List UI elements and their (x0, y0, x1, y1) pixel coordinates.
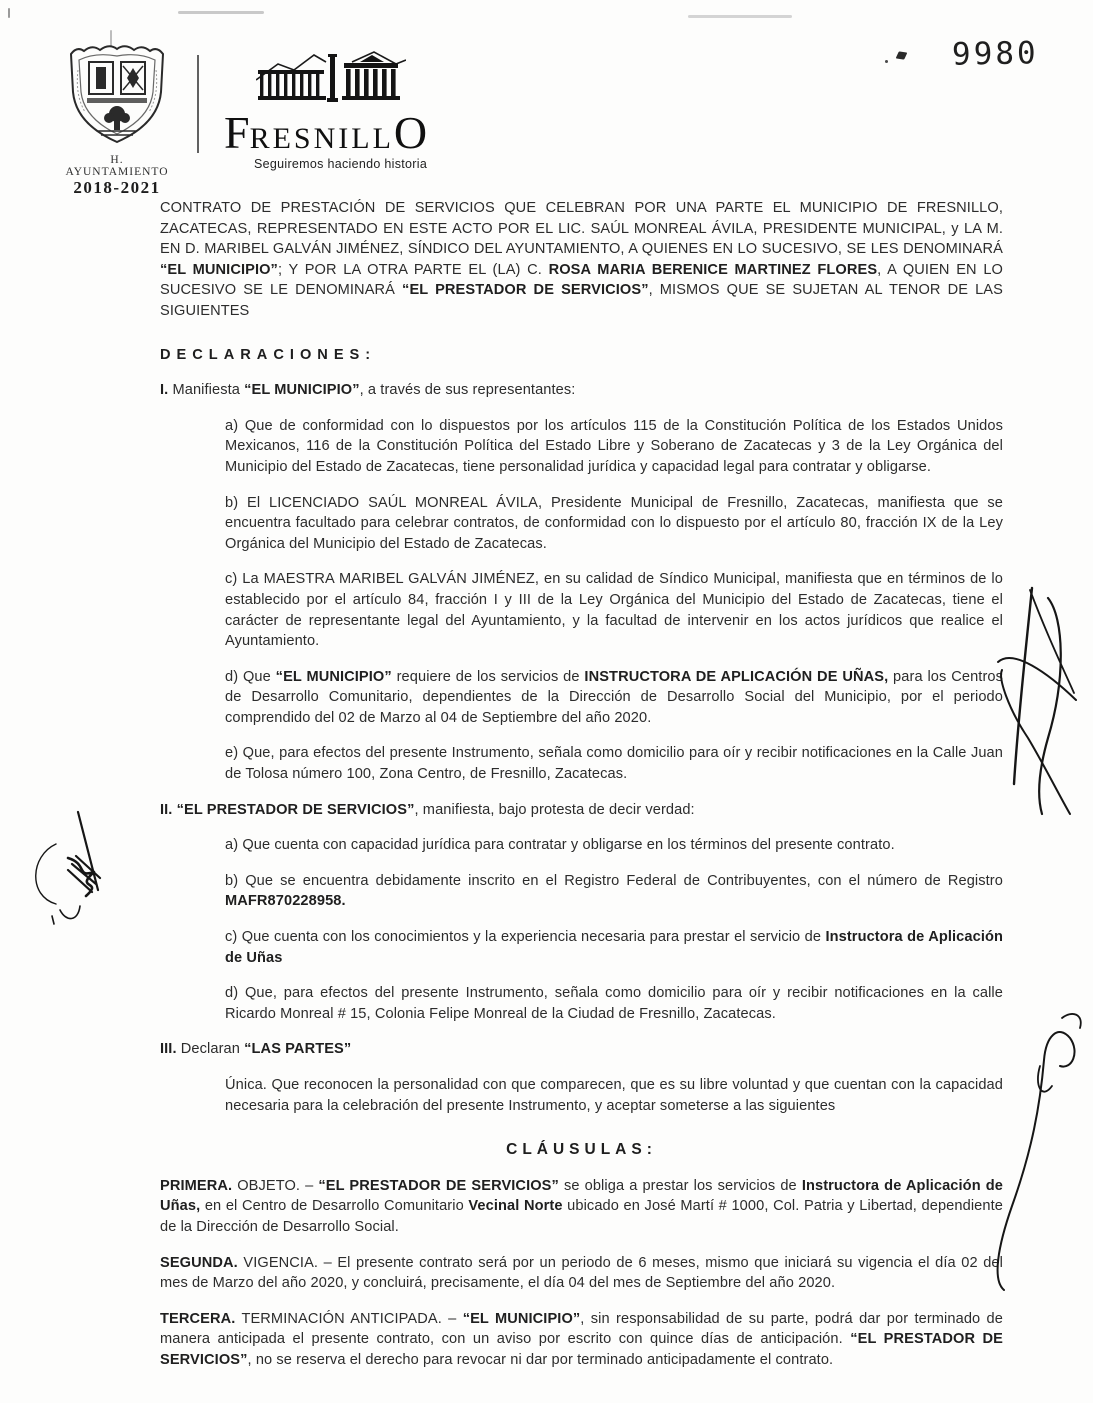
municipal-crest: H. AYUNTAMIENTO 2018-2021 (62, 40, 172, 198)
clause-tercera: TERCERA. TERMINACIÓN ANTICIPADA. – “EL M… (160, 1309, 1003, 1371)
scan-artifact-tick (8, 8, 10, 18)
declaration-1-item-b: b) El LICENCIADO SAÚL MONREAL ÁVILA, Pre… (225, 493, 1003, 555)
clause-segunda: SEGUNDA. VIGENCIA. – El presente contrat… (160, 1253, 1003, 1294)
crest-caption: H. AYUNTAMIENTO (62, 154, 172, 178)
pen-scribble-left (16, 808, 138, 950)
declaration-3-unica: Única. Que reconocen la personalidad con… (225, 1075, 1003, 1116)
declaration-2-item-d: d) Que, para efectos del presente Instru… (225, 983, 1003, 1024)
declaration-2-item-b: b) Que se encuentra debidamente inscrito… (225, 871, 1003, 912)
pen-scribble-right-lower (990, 1002, 1093, 1294)
crest-shield-icon (65, 40, 169, 146)
ink-dot (885, 60, 888, 63)
contract-body: CONTRATO DE PRESTACIÓN DE SERVICIOS QUE … (160, 198, 1003, 1386)
declaration-2-item-a: a) Que cuenta con capacidad jurídica par… (225, 835, 1003, 856)
logo-wordmark: FRESNILLO (224, 110, 464, 156)
clausulas-heading: CLÁUSULAS: (160, 1140, 1003, 1161)
header-divider (197, 55, 199, 153)
monument-icon (256, 50, 406, 108)
intro-paragraph: CONTRATO DE PRESTACIÓN DE SERVICIOS QUE … (160, 198, 1003, 322)
scan-artifact-dash (178, 11, 264, 14)
declaration-2-heading: II. “EL PRESTADOR DE SERVICIOS”, manifie… (160, 800, 1003, 821)
logo-letter-f: F (224, 107, 250, 158)
logo-tagline: Seguiremos haciendo historia (254, 157, 464, 171)
fresnillo-logo: FRESNILLO Seguiremos haciendo historia (224, 50, 464, 171)
declaration-1-item-d: d) Que “EL MUNICIPIO” requiere de los se… (225, 667, 1003, 729)
declaration-3-heading: III. Declaran “LAS PARTES” (160, 1039, 1003, 1060)
folio-number-stamp: 9980 (952, 35, 1039, 73)
scan-artifact-dash (688, 15, 792, 18)
logo-letter-o: O (394, 107, 427, 158)
logo-letters-mid: RESNILL (250, 122, 394, 155)
declaration-2-item-c: c) Que cuenta con los conocimientos y la… (225, 927, 1003, 968)
declaration-1-item-a: a) Que de conformidad con lo dispuestos … (225, 416, 1003, 478)
crest-years: 2018-2021 (62, 178, 172, 198)
scanned-contract-page: H. AYUNTAMIENTO 2018-2021 (0, 0, 1093, 1403)
declaration-1-item-e: e) Que, para efectos del presente Instru… (225, 743, 1003, 784)
ink-blot (896, 51, 908, 59)
declaraciones-heading: DECLARACIONES: (160, 345, 1003, 366)
declaration-1-heading: I. Manifiesta “EL MUNICIPIO”, a través d… (160, 380, 1003, 401)
declaration-1-item-c: c) La MAESTRA MARIBEL GALVÁN JIMÉNEZ, en… (225, 569, 1003, 651)
clause-primera: PRIMERA. OBJETO. – “EL PRESTADOR DE SERV… (160, 1176, 1003, 1238)
